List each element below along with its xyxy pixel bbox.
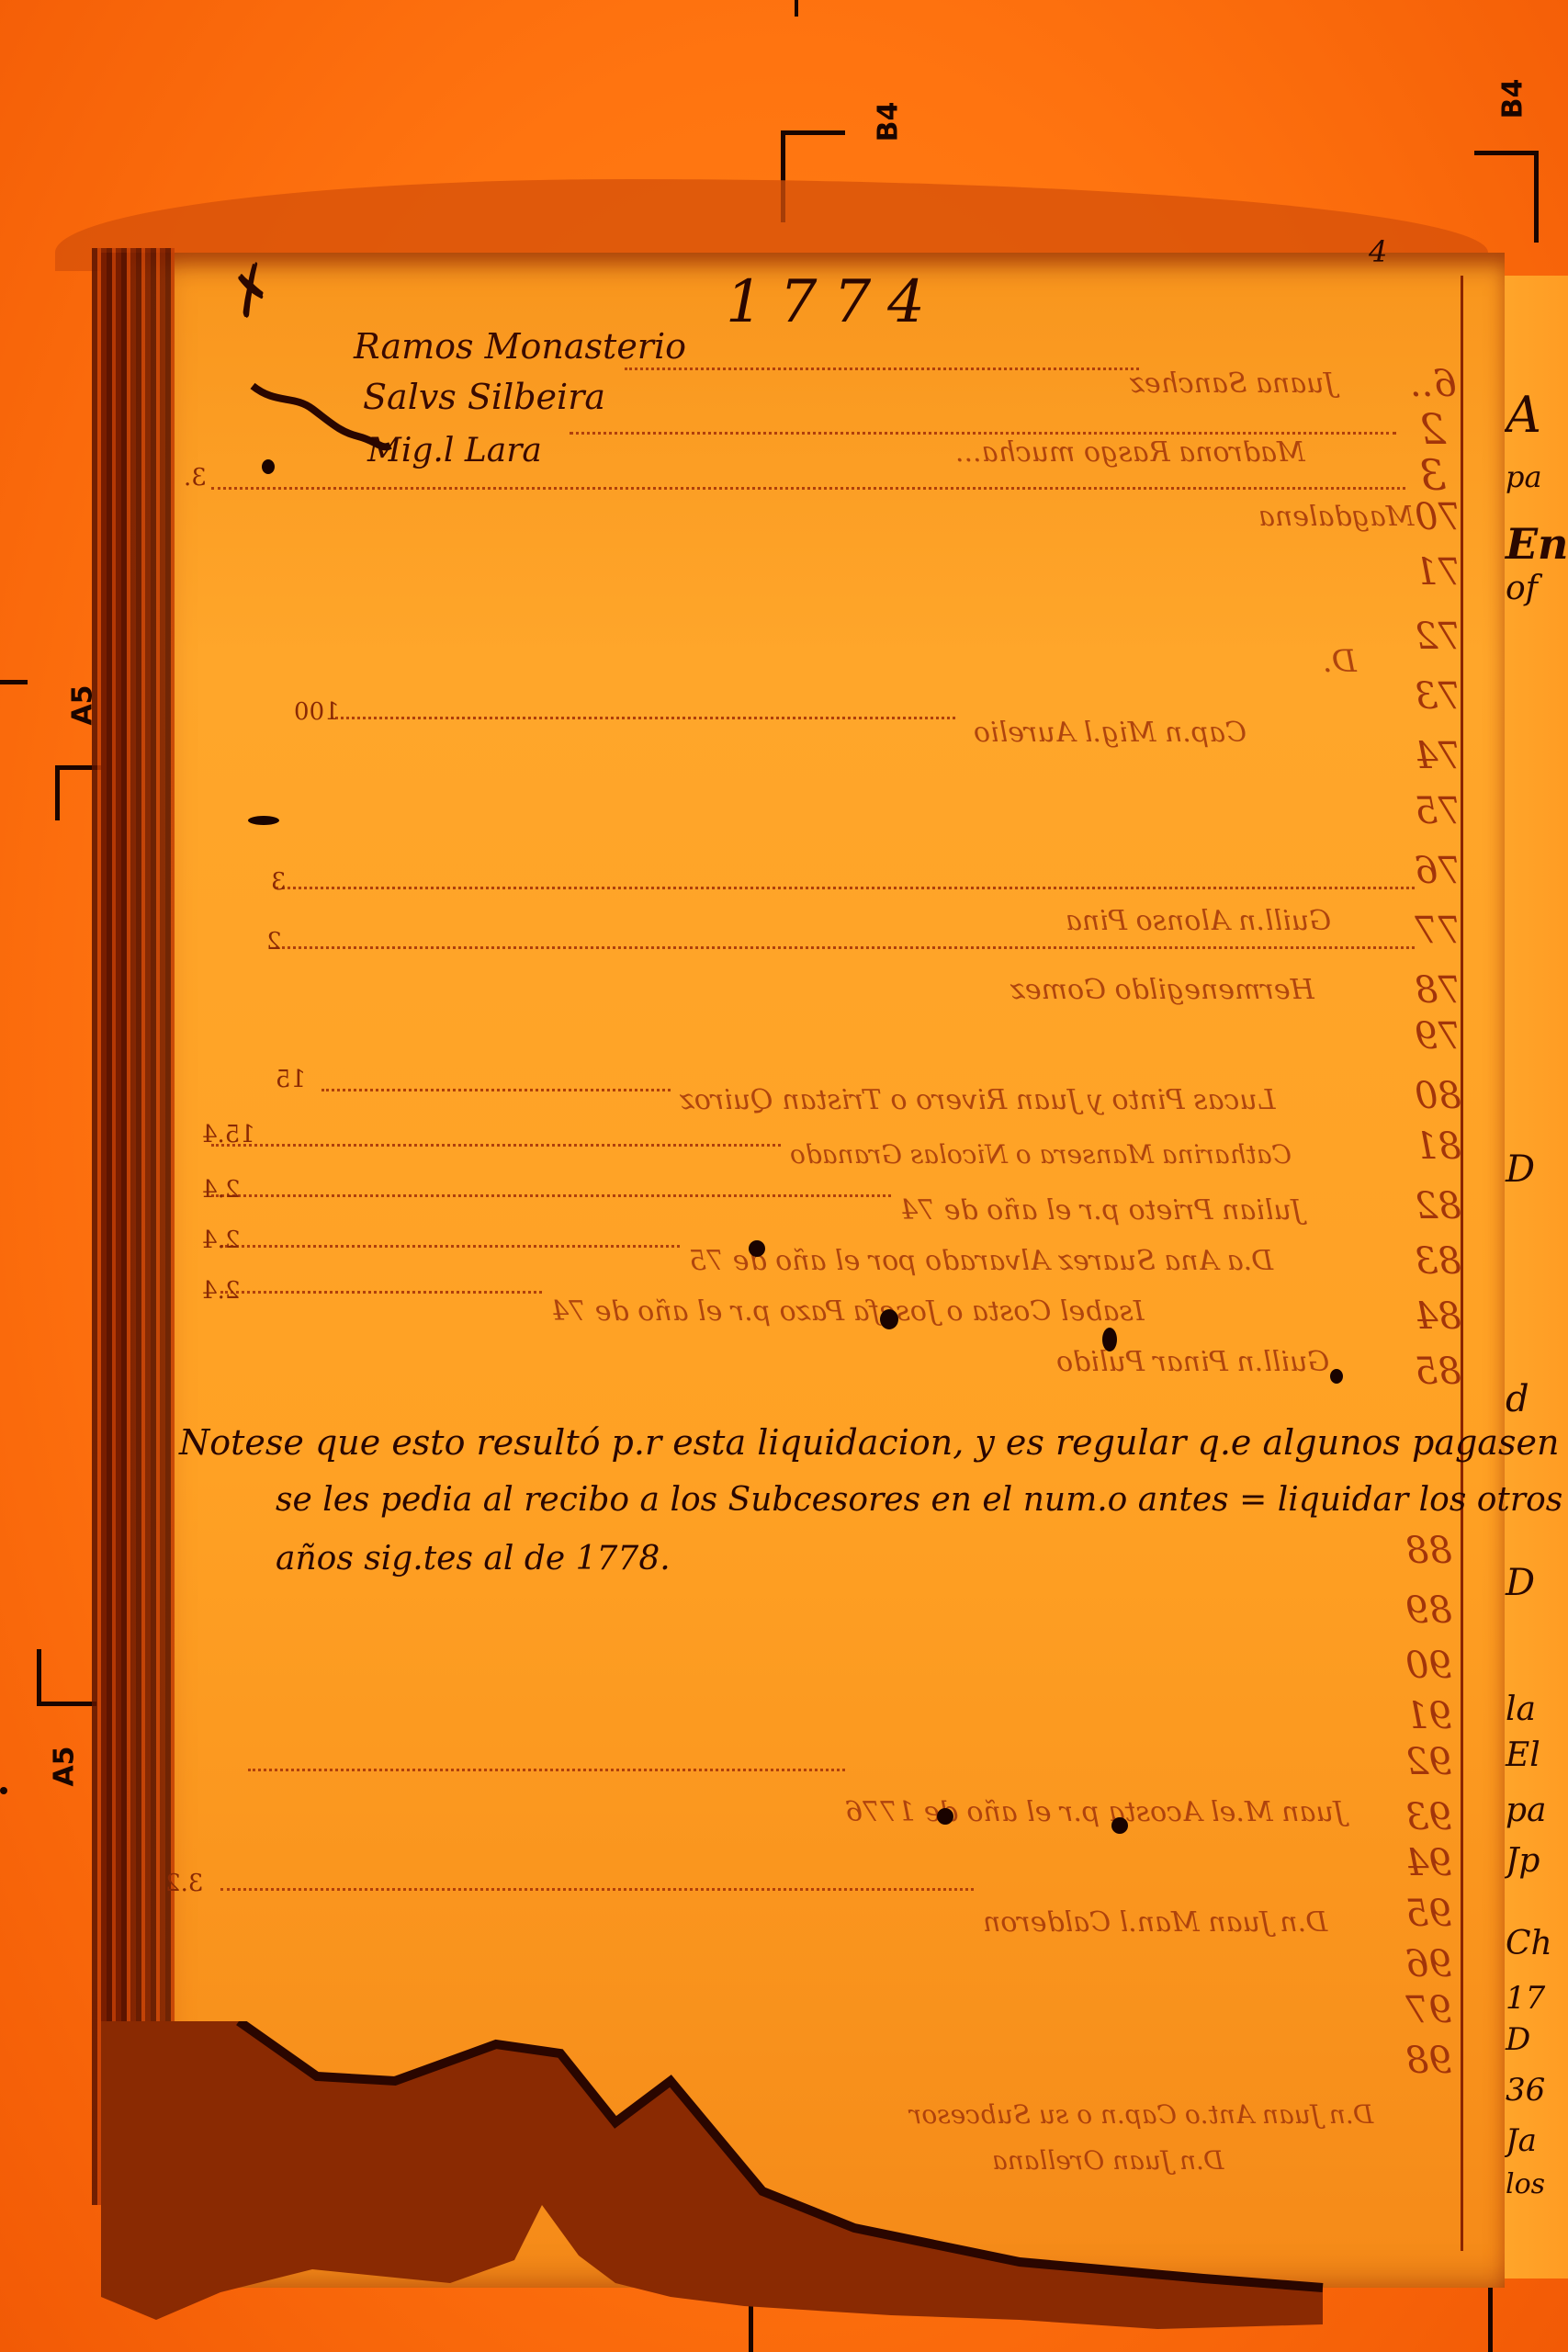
header-year: 1774 bbox=[726, 268, 942, 336]
ink-blot bbox=[1111, 1817, 1128, 1834]
strike-scribble bbox=[248, 377, 395, 459]
ink-blot bbox=[749, 1240, 765, 1257]
torn-bottom-edge bbox=[101, 2021, 1479, 2334]
binding-edge bbox=[92, 248, 175, 2205]
ink-blot bbox=[262, 459, 275, 474]
ink-blot bbox=[1102, 1328, 1117, 1351]
ink-blot bbox=[937, 1808, 953, 1825]
ink-blot bbox=[248, 816, 279, 825]
left-margin-mark: 3. bbox=[184, 464, 207, 492]
ink-blot bbox=[1330, 1369, 1343, 1384]
ink-blot bbox=[880, 1309, 898, 1329]
registration-tick-bottom-right bbox=[1488, 2288, 1493, 2352]
corner-page-mark: 4 bbox=[1369, 234, 1387, 269]
